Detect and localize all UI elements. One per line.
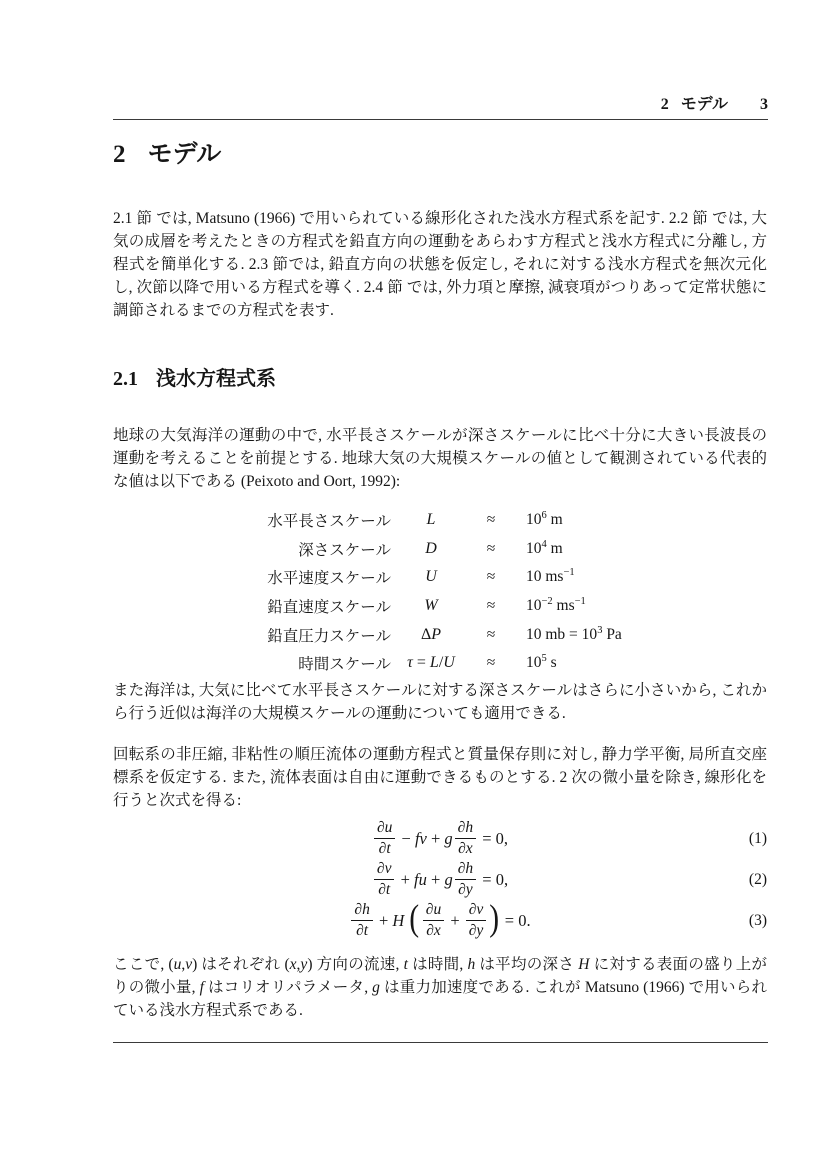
fraction: ∂h∂t — [351, 901, 372, 940]
parenthesis: ( — [410, 900, 420, 937]
approx-sign: ≈ — [471, 511, 511, 529]
section-number: 2 — [113, 141, 126, 168]
section-title: モデル — [148, 140, 222, 168]
equation-row: ∂h∂t + H (∂u∂x + ∂v∂y) = 0.(3) — [113, 900, 767, 941]
equation-block: ∂u∂t − fv + g∂h∂x = 0,(1)∂v∂t + fu + g∂h… — [113, 818, 767, 941]
scale-label: 水平長さスケール — [113, 509, 391, 531]
equation-text: + H — [375, 911, 409, 931]
approx-sign: ≈ — [471, 654, 511, 672]
approx-sign: ≈ — [471, 626, 511, 644]
paragraph-scales-intro: 地球の大気海洋の運動の中で, 水平長さスケールが深さスケールに比べ十分に大きい長… — [113, 424, 767, 493]
approx-sign: ≈ — [471, 597, 511, 615]
scale-symbol: ΔP — [391, 626, 471, 644]
equation-row: ∂v∂t + fu + g∂h∂y = 0,(2) — [113, 859, 767, 900]
scale-symbol: L — [391, 511, 471, 529]
subsection-title: 浅水方程式系 — [156, 368, 276, 390]
scale-value: 10−2 ms−1 — [511, 597, 767, 615]
section-heading: 2モデル — [113, 139, 221, 170]
equation-row: ∂u∂t − fv + g∂h∂x = 0,(1) — [113, 818, 767, 859]
footer-rule — [113, 1042, 768, 1043]
equation-number: (1) — [749, 830, 767, 848]
scale-label: 鉛直速度スケール — [113, 595, 391, 617]
equation-text: = 0. — [501, 911, 531, 931]
scale-value: 104 m — [511, 540, 767, 558]
scale-label: 深さスケール — [113, 538, 391, 560]
header-rule — [113, 119, 768, 120]
page-number: 3 — [760, 96, 768, 113]
fraction: ∂u∂t — [374, 819, 395, 858]
paragraph-variables-explanation: ここで, (u,v) はそれぞれ (x,y) 方向の流速, t は時間, h は… — [113, 953, 767, 1022]
fraction: ∂h∂x — [455, 819, 476, 858]
approx-sign: ≈ — [471, 540, 511, 558]
parenthesis: ) — [490, 900, 500, 937]
scale-value: 10 ms−1 — [511, 568, 767, 586]
page-header: 2モデル3 — [113, 95, 768, 115]
approx-sign: ≈ — [471, 568, 511, 586]
fraction: ∂u∂x — [423, 901, 444, 940]
running-head-section-number: 2 — [661, 96, 669, 113]
equation-number: (3) — [749, 912, 767, 930]
scale-label: 時間スケール — [113, 652, 391, 674]
equation-text: − fv + g — [397, 829, 452, 849]
scale-symbol: D — [391, 540, 471, 558]
subsection-number: 2.1 — [113, 368, 138, 390]
subsection-heading: 2.1浅水方程式系 — [113, 366, 276, 392]
equation-number: (2) — [749, 871, 767, 889]
fraction: ∂v∂y — [466, 901, 487, 940]
fraction: ∂h∂y — [455, 860, 476, 899]
equation-text: = 0, — [478, 829, 508, 849]
document-page: 2モデル3 2モデル 2.1 節 では, Matsuno (1966) で用いら… — [0, 0, 826, 1169]
scale-symbol: W — [391, 597, 471, 615]
scale-value: 10 mb = 103 Pa — [511, 626, 767, 644]
equation-text: + fu + g — [396, 870, 452, 890]
scale-symbol: τ = L/U — [391, 654, 471, 672]
scale-label: 水平速度スケール — [113, 566, 391, 588]
paragraph-derivation-intro: 回転系の非圧縮, 非粘性の順圧流体の運動方程式と質量保存則に対し, 静力学平衡,… — [113, 743, 767, 812]
equation-text: + — [446, 911, 464, 931]
equation-text: = 0, — [478, 870, 508, 890]
scale-symbol: U — [391, 568, 471, 586]
running-head-section-title: モデル — [681, 96, 728, 113]
scale-label: 鉛直圧力スケール — [113, 624, 391, 646]
fraction: ∂v∂t — [374, 860, 395, 899]
paragraph-section-overview: 2.1 節 では, Matsuno (1966) で用いられている線形化された浅… — [113, 207, 767, 322]
paragraph-ocean-note: また海洋は, 大気に比べて水平長さスケールに対する深さスケールはさらに小さいから… — [113, 679, 767, 725]
scale-table: 水平長さスケールL≈106 m深さスケールD≈104 m水平速度スケールU≈10… — [113, 506, 767, 678]
scale-value: 106 m — [511, 511, 767, 529]
scale-value: 105 s — [511, 654, 767, 672]
